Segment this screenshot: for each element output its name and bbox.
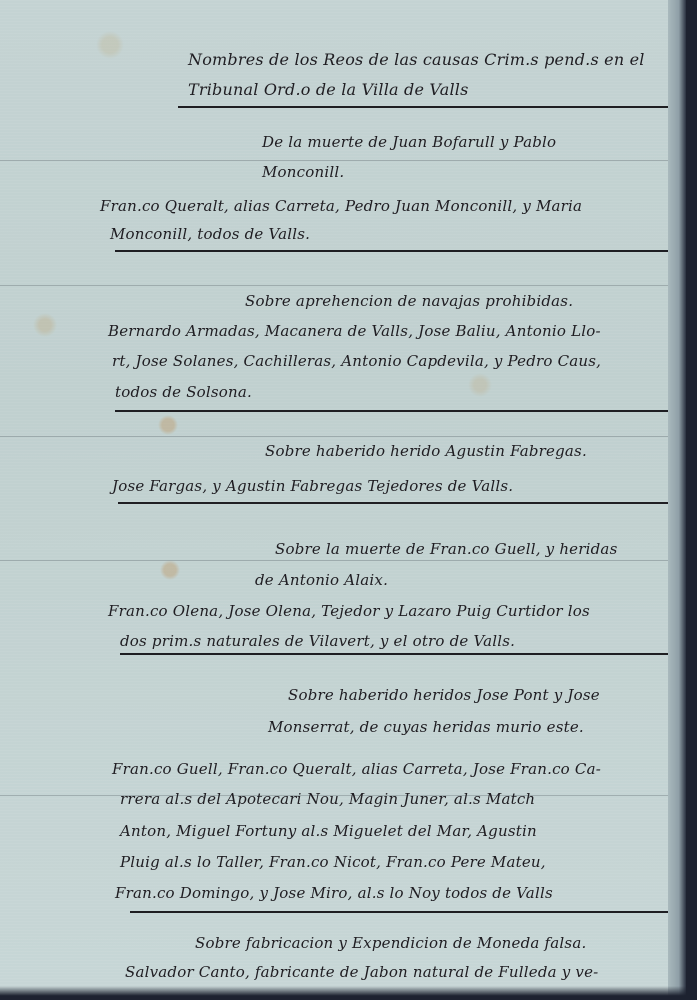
- entry-1-subject-2: Monconill.: [262, 163, 344, 181]
- entry-5-subject-2: Monserrat, de cuyas heridas murio este.: [268, 718, 584, 736]
- divider: [118, 502, 678, 504]
- entry-2-accused-3: todos de Solsona.: [115, 383, 252, 401]
- page-edge: [668, 0, 686, 1000]
- fold-line: [0, 160, 682, 161]
- divider: [120, 653, 675, 655]
- entry-1-accused-1: Fran.co Queralt, alias Carreta, Pedro Ju…: [100, 197, 582, 215]
- entry-5-accused-2: rrera al.s del Apotecari Nou, Magin June…: [120, 790, 535, 808]
- entry-5-accused-3: Anton, Miguel Fortuny al.s Miguelet del …: [120, 822, 537, 840]
- entry-3-accused-1: Jose Fargas, y Agustin Fabregas Tejedore…: [112, 477, 513, 495]
- entry-1-subject-1: De la muerte de Juan Bofarull y Pablo: [262, 133, 556, 151]
- entry-2-subject-1: Sobre aprehencion de navajas prohibidas.: [245, 292, 573, 310]
- entry-4-accused-1: Fran.co Olena, Jose Olena, Tejedor y Laz…: [108, 602, 590, 620]
- entry-6-subject-1: Sobre fabricacion y Expendicion de Moned…: [195, 934, 586, 952]
- divider: [178, 106, 670, 108]
- title-line-2: Tribunal Ord.o de la Villa de Valls: [188, 80, 469, 99]
- divider: [115, 410, 675, 412]
- entry-4-subject-1: Sobre la muerte de Fran.co Guell, y heri…: [275, 540, 617, 558]
- entry-3-subject-1: Sobre haberido herido Agustin Fabregas.: [265, 442, 587, 460]
- entry-5-subject-1: Sobre haberido heridos Jose Pont y Jose: [288, 686, 600, 704]
- entry-4-accused-2: dos prim.s naturales de Vilavert, y el o…: [120, 632, 515, 650]
- entry-5-accused-4: Pluig al.s lo Taller, Fran.co Nicot, Fra…: [120, 853, 546, 871]
- divider: [130, 911, 675, 913]
- fold-line: [0, 436, 682, 437]
- divider: [115, 250, 675, 252]
- entry-5-accused-1: Fran.co Guell, Fran.co Queralt, alias Ca…: [112, 760, 601, 778]
- entry-2-accused-2: rt, Jose Solanes, Cachilleras, Antonio C…: [112, 352, 601, 370]
- manuscript-page: Nombres de los Reos de las causas Crim.s…: [0, 0, 682, 1000]
- fold-line: [0, 285, 682, 286]
- entry-6-accused-1: Salvador Canto, fabricante de Jabon natu…: [125, 963, 598, 981]
- entry-2-accused-1: Bernardo Armadas, Macanera de Valls, Jos…: [108, 322, 601, 340]
- entry-4-subject-2: de Antonio Alaix.: [255, 571, 388, 589]
- title-line-1: Nombres de los Reos de las causas Crim.s…: [188, 50, 645, 69]
- torn-bottom-edge: [0, 986, 697, 1000]
- fold-line: [0, 560, 682, 561]
- entry-5-accused-5: Fran.co Domingo, y Jose Miro, al.s lo No…: [115, 884, 553, 902]
- entry-1-accused-2: Monconill, todos de Valls.: [110, 225, 310, 243]
